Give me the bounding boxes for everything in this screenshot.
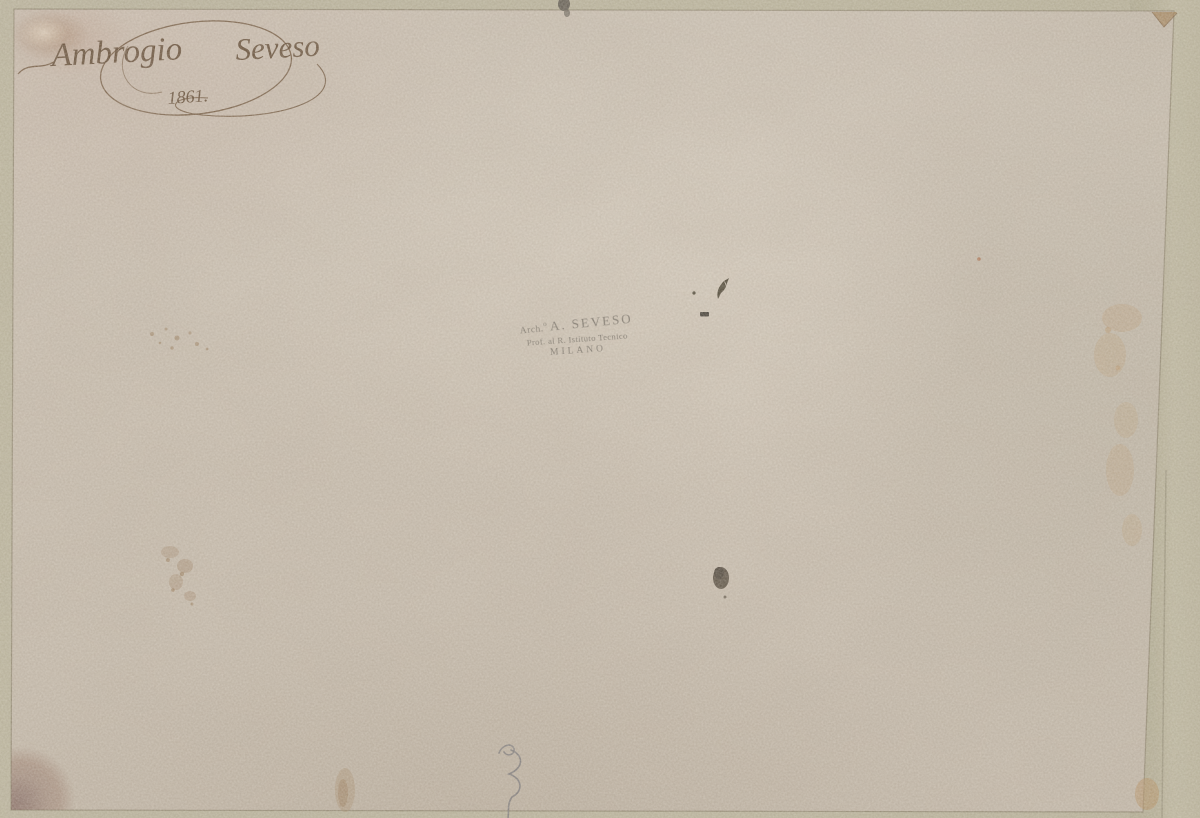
stain-bottom-left-corner — [0, 733, 95, 818]
stamp-title-superscript: o — [543, 320, 547, 328]
signature-last-name: Seveso — [235, 28, 321, 67]
signature-first-name: Ambrogio — [49, 31, 183, 74]
paper-sheet — [0, 0, 1200, 818]
inscription-date: 1861. — [167, 85, 209, 108]
stamp-title-abbrev: Arch. — [519, 324, 544, 336]
handwritten-signature: Ambrogio Seveso 1861. — [10, 10, 370, 122]
verso-photo: Arch.oA. SEVESO Prof. al R. Istituto Tec… — [0, 0, 1200, 818]
